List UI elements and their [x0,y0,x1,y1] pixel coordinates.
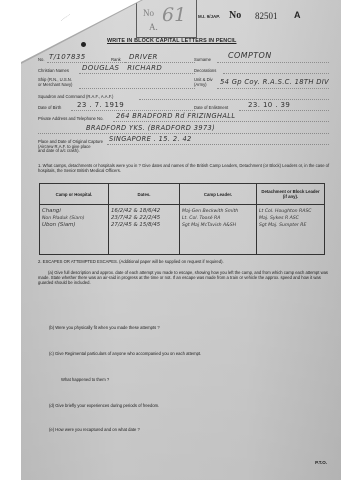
camp-dates: 27/2/45 & 15/8/45 [111,222,177,229]
question-2b: (b) Were you physically fit when you mad… [49,325,160,330]
camps-table-header: Camp or Hospital. Dates. Camp Leader. De… [40,184,325,205]
camp-name: Ubon (Siam) [42,222,106,229]
section-2-title: 2. ESCAPES OR ATTEMPTED ESCAPES. (Additi… [38,259,224,264]
capture-label-3: and date of a/c crash). [38,149,80,154]
camps-cell: Changi Non Pladuk (Siam) Ubon (Siam) [40,205,109,255]
ship-label-2: or Merchant Navy) [38,83,72,88]
stamp-a-label: A. [149,22,158,32]
section-1-question: 1. What camps, detachments or hospitals … [38,163,333,173]
question-2e: (e) How were you recaptured and on what … [49,427,140,432]
col-dates: Dates. [109,184,180,205]
question-2c: (c) Give Regimental particulars of anyon… [49,351,201,356]
date-of-enlistment-line [239,110,329,111]
surname-value: COMPTON [228,51,272,60]
camps-table: Camp or Hospital. Dates. Camp Leader. De… [39,183,325,255]
address-label: Private Address and Telephone No. [38,117,104,122]
surname-label: Surname [194,58,211,63]
reference-stamp-box: No A. 61 [136,0,197,38]
address-line-2-rule [38,133,329,134]
col-camp-leader: Camp Leader. [180,184,257,205]
capture-value: SINGAPORE . 15. 2. 42 [109,135,192,143]
christian-names-label: Christian Names [38,69,69,74]
dates-cell: 16/2/42 & 18/6/42 23/7/42 & 22/2/45 27/2… [109,205,180,255]
ship-line [79,88,195,89]
col-camp-or-hospital: Camp or Hospital. [40,184,109,205]
stamp-number: 61 [162,4,186,26]
squadron-label: Squadron and Command (R.A.F., A.A.F.) [38,95,113,100]
date-of-birth-line [71,110,195,111]
question-2d: (d) Give briefly your experiences during… [49,403,159,408]
camps-table-body: Changi Non Pladuk (Siam) Ubon (Siam) 16/… [40,205,325,255]
address-line-2: BRADFORD YKS. (BRADFORD 3973) [86,124,215,132]
detachment-leader-cell: Lt Col. Houghton RASC Maj. Sykes R ASC S… [257,205,325,255]
christian-names-value: DOUGLAS RICHARD [82,64,162,72]
form-number: 82501 [255,11,278,21]
camp-leader-cell: Maj-Gen Beckwith Smith Lt. Col. Toosé RA… [180,205,257,255]
date-of-enlistment-value: 23. 10 . 39 [248,101,290,109]
form-code: M.I. 9/JAP. [198,14,220,19]
pin-hole-icon [81,42,86,47]
form-no-label: No [229,10,241,21]
folded-corner [21,0,141,62]
address-line-1: 264 BRADFORD Rd FRIZINGHALL [116,112,235,120]
address-line-1-rule [113,121,329,122]
decorations-label: Decorations [194,69,216,74]
detachment-leader: Maj. Sykes R ASC [259,215,322,222]
col-detachment-leader: Detachment or Block Leader (if any). [257,184,325,205]
squadron-line [139,99,329,100]
camp-name: Non Pladuk (Siam) [42,215,106,222]
pow-questionnaire-page: ........ No A. 61 M.I. 9/JAP. No 82501 A… [21,0,341,480]
surname-line [217,62,329,63]
date-of-birth-value: 23 . 7. 1919 [77,101,124,109]
camp-leader: Maj-Gen Beckwith Smith [182,208,254,215]
unit-line [217,88,329,89]
camp-dates: 23/7/42 & 22/2/45 [111,215,177,222]
christian-names-line [79,73,195,74]
camp-leader: Lt. Col. Toosé RA [182,215,254,222]
stamp-no-label: No [143,8,154,18]
question-2a: (a) Give full description and approx. da… [38,270,333,285]
camp-leader: Sgt Maj McTavish A&SH [182,222,242,229]
camp-dates: 16/2/42 & 18/6/42 [111,208,177,215]
form-suffix: A [294,10,301,20]
date-of-birth-label: Date of Birth [38,106,61,111]
date-of-enlistment-label: Date of Enlistment [194,106,228,111]
camp-name: Changi [42,208,106,215]
unit-label-2: (Army) [194,83,207,88]
unit-value: 54 Gp Coy. R.A.S.C. 18TH DIV [220,78,329,86]
decorations-line [223,73,329,74]
question-2c-followup: What happened to them ? [61,377,109,382]
please-turn-over: P.T.O. [315,460,327,465]
capture-line [107,144,329,145]
detachment-leader: Sgt Maj. Sumpter RE [259,222,322,229]
detachment-leader: Lt Col. Houghton RASC [259,208,322,215]
